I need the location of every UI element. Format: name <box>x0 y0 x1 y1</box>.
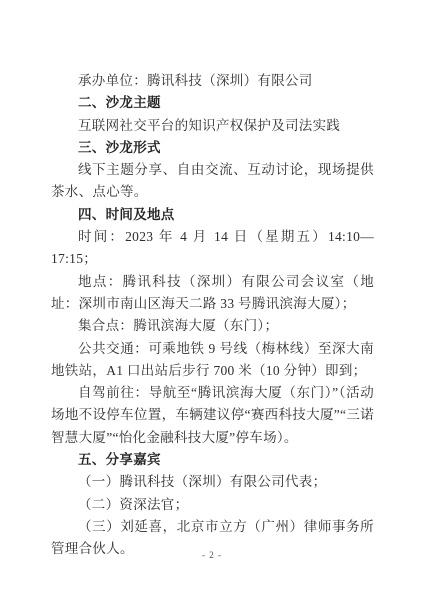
section-heading: 四、时间及地点 <box>51 204 374 226</box>
paragraph: 互联网社交平台的知识产权保护及司法实践 <box>51 115 374 137</box>
section-heading: 二、沙龙主题 <box>51 92 374 114</box>
paragraph: 公共交通：可乘地铁 9 号线（梅林线）至深大南地铁站，A1 口出站后步行 700… <box>51 338 374 383</box>
paragraph: 线下主题分享、自由交流、互动讨论，现场提供茶水、点心等。 <box>51 159 374 204</box>
paragraph: （二）资深法官； <box>51 494 374 516</box>
paragraph: （一）腾讯科技（深圳）有限公司代表； <box>51 471 374 493</box>
paragraph: 承办单位：腾讯科技（深圳）有限公司 <box>51 70 374 92</box>
document-body: 承办单位：腾讯科技（深圳）有限公司二、沙龙主题互联网社交平台的知识产权保护及司法… <box>51 70 374 561</box>
section-heading: 三、沙龙形式 <box>51 137 374 159</box>
paragraph: 自驾前往：导航至“腾讯滨海大厦（东门）”（活动场地不设停车位置，车辆建议停“赛西… <box>51 382 374 449</box>
paragraph: 地点：腾讯科技（深圳）有限公司会议室（地址：深圳市南山区海天二路 33 号腾讯滨… <box>51 271 374 316</box>
paragraph: 集合点：腾讯滨海大厦（东门）； <box>51 315 374 337</box>
paragraph: 时间：2023 年 4 月 14 日（星期五）14:10—17:15； <box>51 226 374 271</box>
page-number: - 2 - <box>0 550 424 560</box>
document-page: 承办单位：腾讯科技（深圳）有限公司二、沙龙主题互联网社交平台的知识产权保护及司法… <box>0 0 424 600</box>
section-heading: 五、分享嘉宾 <box>51 449 374 471</box>
